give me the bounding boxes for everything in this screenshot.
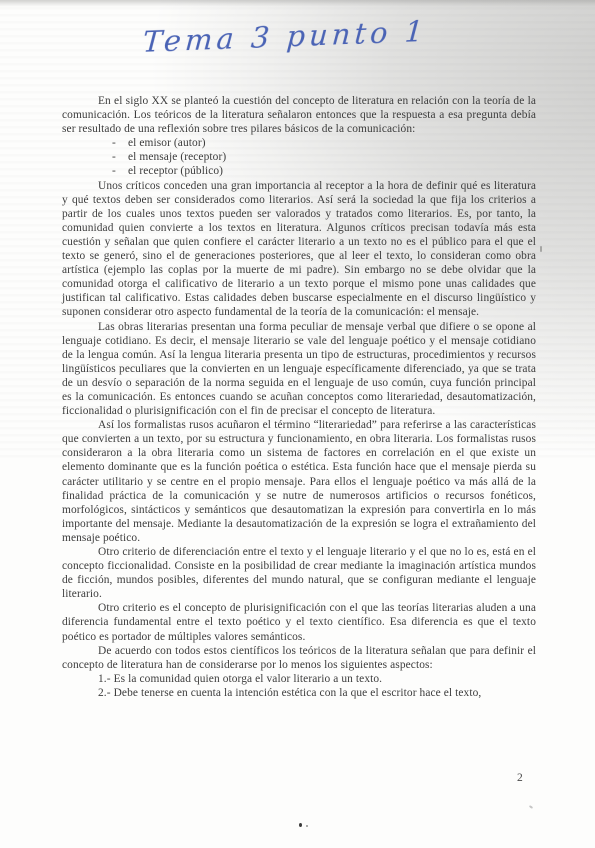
scan-artifact: [540, 246, 542, 252]
ink-speck: [306, 825, 308, 827]
bullet-item-emisor: - el emisor (autor): [62, 136, 536, 150]
conclusion-paragraph: De acuerdo con todos estos científicos l…: [62, 644, 536, 672]
bullet-item-receptor: - el receptor (público): [62, 164, 536, 178]
critics-paragraph: Unos críticos conceden una gran importan…: [62, 179, 536, 320]
bullet-dash: -: [112, 136, 116, 150]
numbered-item-2: 2.- Debe tenerse en cuenta la intención …: [98, 686, 536, 700]
bullet-dash: -: [112, 164, 116, 178]
fictionality-paragraph: Otro criterio de diferenciación entre el…: [62, 545, 536, 601]
scan-artifact: [529, 805, 533, 809]
plurisignification-paragraph: Otro criterio es el concepto de plurisig…: [62, 601, 536, 643]
bullet-dash: -: [112, 150, 116, 164]
intro-paragraph: En el siglo XX se planteó la cuestión de…: [62, 94, 536, 136]
handwritten-title: Tema 3 punto 1: [140, 15, 404, 81]
bullet-item-mensaje: - el mensaje (receptor): [62, 150, 536, 164]
formalists-paragraph: Así los formalistas rusos acuñaron el té…: [62, 418, 536, 545]
bullet-label: el emisor (autor): [128, 137, 206, 149]
numbered-item-1: 1.- Es la comunidad quien otorga el valo…: [98, 672, 536, 686]
ink-speck: [299, 823, 302, 827]
bullet-label: el receptor (público): [128, 165, 223, 177]
page-number: 2: [517, 772, 523, 784]
bullet-label: el mensaje (receptor): [128, 151, 226, 163]
message-paragraph: Las obras literarias presentan una forma…: [62, 320, 536, 419]
scanned-page: Tema 3 punto 1 En el siglo XX se planteó…: [0, 0, 595, 848]
document-body: En el siglo XX se planteó la cuestión de…: [62, 94, 536, 700]
